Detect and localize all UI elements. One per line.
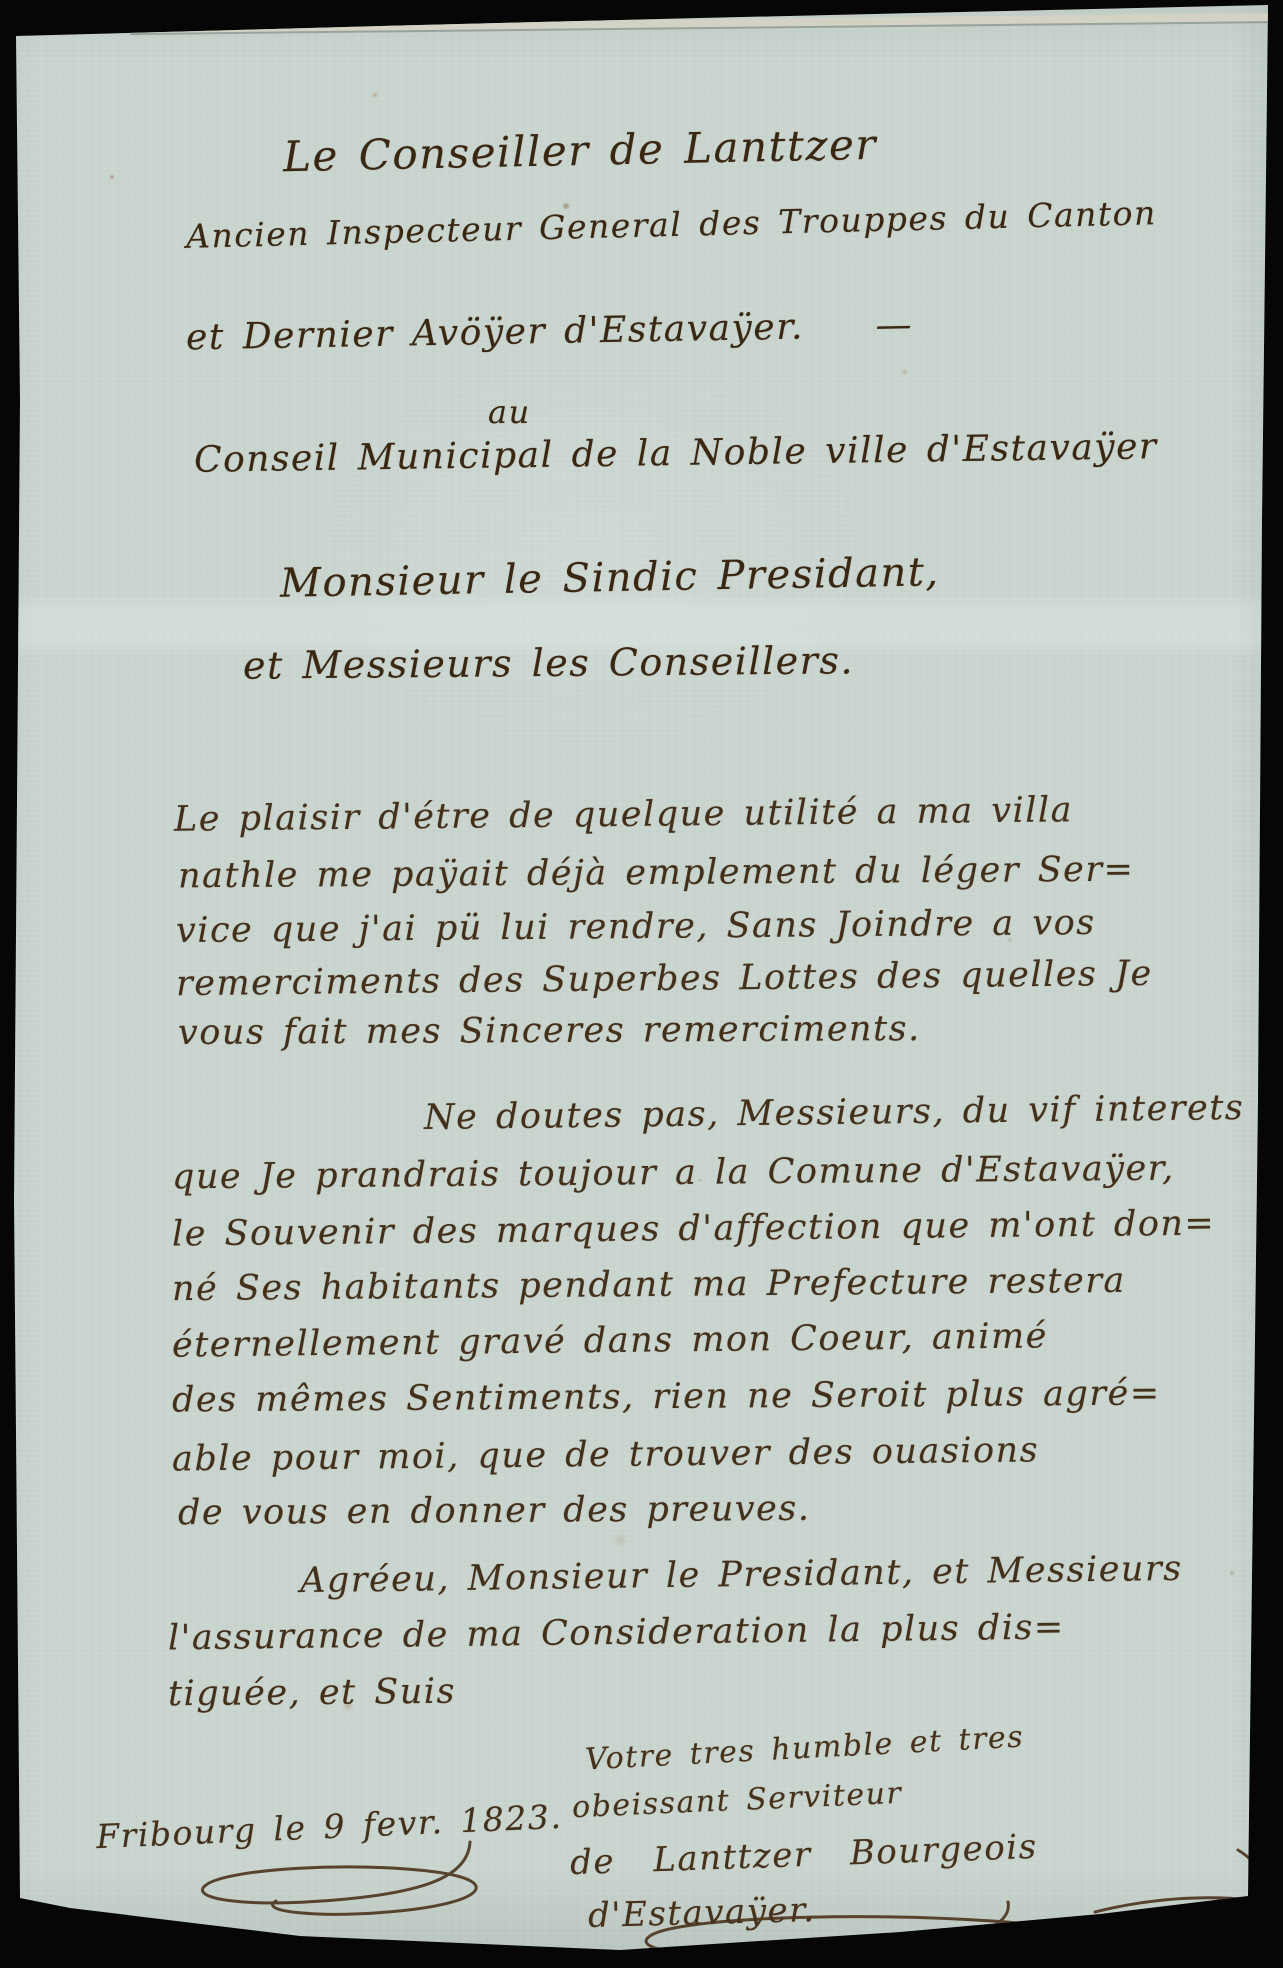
letter-paper: Le Conseiller de Lanttzer Ancien Inspect…	[0, 0, 1283, 1968]
para2-line-3: le Souvenir des marques d'affection que …	[172, 1207, 1216, 1253]
signature-line-1: Votre tres humble et tres	[585, 1723, 1025, 1776]
para2-line-7: able pour moi, que de trouver des ouasio…	[172, 1433, 1039, 1477]
heading-line-au: au	[488, 396, 531, 428]
second-sheet-edge	[130, 13, 1283, 33]
heading-line-3: et Dernier Avöÿer d'Estavaÿer. —	[186, 308, 914, 357]
para1-line-5: vous fait mes Sinceres remerciments.	[178, 1012, 921, 1051]
para1-line-2: nathle me paÿait déjà emplement du léger…	[178, 853, 1135, 895]
salutation-line-1: Monsieur le Sindic Presidant,	[280, 552, 940, 604]
para1-line-3: vice que j'ai pü lui rendre, Sans Joindr…	[176, 906, 1096, 949]
signature-line-4: d'Estavaÿer.	[588, 1893, 816, 1933]
salutation-line-2: et Messieurs les Conseillers.	[243, 641, 854, 684]
para2-line-8: de vous en donner des preuves.	[178, 1492, 811, 1531]
dateline: Fribourg le 9 fevr. 1823.	[96, 1800, 563, 1853]
signature-line-3: de Lanttzer Bourgeois	[570, 1830, 1039, 1880]
para2-line-2: que Je prandrais toujour a la Comune d'E…	[172, 1152, 1175, 1196]
closing-line-3: tiguée, et Suis	[168, 1675, 456, 1713]
para2-line-5: éternellement gravé dans mon Coeur, anim…	[172, 1319, 1048, 1363]
para2-line-1: Ne doutes pas, Messieurs, du vif interet…	[424, 1091, 1245, 1136]
closing-line-1: Agréeu, Monsieur le Presidant, et Messie…	[300, 1552, 1183, 1599]
heading-line-2: Ancien Inspecteur General des Trouppes d…	[186, 196, 1157, 253]
heading-line-addressee: Conseil Municipal de la Noble ville d'Es…	[194, 429, 1158, 478]
para1-line-1: Le plaisir d'étre de quelque utilité a m…	[174, 793, 1073, 837]
para2-line-6: des mêmes Sentiments, rien ne Seroit plu…	[172, 1377, 1161, 1419]
para1-line-4: remerciments des Superbes Lottes des que…	[176, 957, 1153, 1002]
closing-line-2: l'assurance de ma Consideration la plus …	[168, 1611, 1065, 1657]
scan-background: Le Conseiller de Lanttzer Ancien Inspect…	[0, 0, 1283, 1968]
heading-line-1: Le Conseiller de Lanttzer	[283, 124, 878, 178]
signature-line-2: obeissant Serviteur	[572, 1779, 903, 1823]
para2-line-4: né Ses habitants pendant ma Prefecture r…	[172, 1264, 1126, 1307]
